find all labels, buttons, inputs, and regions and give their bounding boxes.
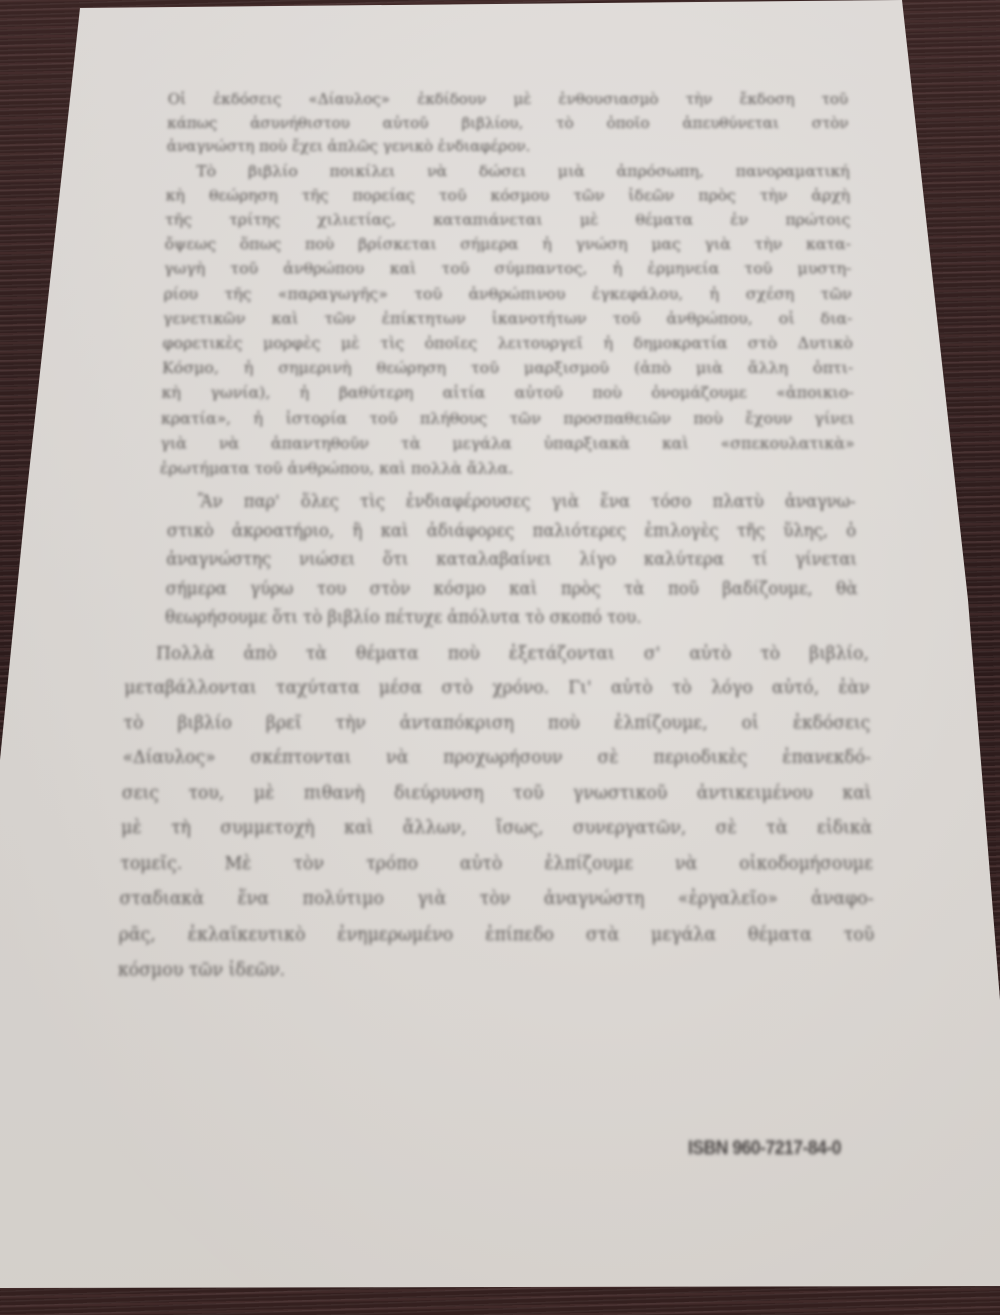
text-line: Τὸ βιβλίο ποικίλει νὰ δώσει μιὰ ἀπρόσωπη…	[166, 159, 850, 183]
text-line: μεταβάλλονται ταχύτατα μέσα στὸ χρόνο. Γ…	[124, 671, 870, 706]
text-line: κὴ γωνία), ἡ βαθύτερη αἰτία αὐτοῦ ποὺ ὀν…	[161, 381, 854, 406]
text-line: Κόσμο, ἡ σημερινὴ θεώρηση τοῦ μαρξισμοῦ …	[162, 356, 854, 381]
text-line: φορετικὲς μορφὲς μὲ τὶς ὁποῖες λειτουργε…	[162, 331, 853, 356]
text-line: ρᾶς, ἐκλαϊκευτικὸ ἐνημερωμένο ἐπίπεδο στ…	[118, 917, 874, 953]
back-cover-blurb: Οἱ ἐκδόσεις «Δίαυλος» ἐκδίδουν μὲ ἐνθουσ…	[149, 88, 865, 988]
text-line: σήμερα γύρω του στὸν κόσμο καὶ πρὸς τὰ π…	[165, 574, 857, 603]
text-line: ἐρωτήματα τοῦ ἀνθρώπου, καὶ πολλὰ ἄλλα.	[160, 456, 856, 481]
text-line: γιὰ νὰ ἀπαντηθοῦν τὰ μεγάλα ὑπαρξιακὰ κα…	[160, 431, 855, 456]
text-line: τομεῖς. Μὲ τὸν τρόπο αὐτὸ ἐλπίζουμε νὰ ο…	[120, 846, 873, 881]
text-line: στικὸ ἀκροατήριο, ἢ καὶ ἀδιάφορες παλιότ…	[167, 516, 857, 545]
text-line: ρίου τῆς «παραγωγῆς» τοῦ ἀνθρώπινου ἐγκε…	[163, 281, 852, 306]
text-line: τὸ βιβλίο βρεῖ τὴν ἀνταπόκριση ποὺ ἐλπίζ…	[123, 706, 870, 741]
text-line: γωγὴ τοῦ ἀνθρώπου καὶ τοῦ σύμπαντος, ἡ ἐ…	[164, 257, 852, 282]
paragraph-1: Οἱ ἐκδόσεις «Δίαυλος» ἐκδίδουν μὲ ἐνθουσ…	[167, 88, 850, 159]
text-line: γενετικῶν καὶ τῶν ἐπίκτητων ἱκανοτήτων τ…	[163, 306, 853, 331]
paragraph-4: Πολλὰ ἀπὸ τὰ θέματα ποὺ ἐξετάζονται σ' α…	[118, 636, 876, 988]
paragraph-2: Τὸ βιβλίο ποικίλει νὰ δώσει μιὰ ἀπρόσωπη…	[160, 159, 856, 481]
text-line: μὲ τὴ συμμετοχὴ καὶ ἄλλων, ἴσως, συνεργα…	[121, 811, 873, 846]
text-line: κρατία», ἡ ἱστορία τοῦ πλήθους τῶν προσπ…	[161, 406, 855, 431]
text-line: κάπως ἀσυνήθιστου αὐτοῦ βιβλίου, τὸ ὁποῖ…	[167, 111, 849, 135]
text-line: ὄψεως ὅπως ποὺ βρίσκεται σήμερα ἡ γνώση …	[164, 232, 851, 257]
text-line: Οἱ ἐκδόσεις «Δίαυλος» ἐκδίδουν μὲ ἐνθουσ…	[168, 88, 849, 111]
text-line: ἀναγνώστη ποὺ ἔχει ἁπλῶς γενικὸ ἐνδιαφέρ…	[167, 135, 850, 159]
text-line: ἀναγνώστης νιώσει ὅτι καταλαβαίνει λίγο …	[166, 545, 857, 574]
text-line: σταδιακὰ ἕνα πολύτιμο γιὰ τὸν ἀναγνώστη …	[119, 881, 874, 917]
text-line: θεωρήσουμε ὅτι τὸ βιβλίο πέτυχε ἀπόλυτα …	[165, 603, 858, 632]
text-line: κὴ θεώρηση τῆς πορείας τοῦ κόσμου τῶν ἰδ…	[165, 183, 850, 207]
paragraph-3: Ἂν παρ' ὅλες τὶς ἐνδιαφέρουσες γιὰ ἕνα τ…	[157, 487, 859, 632]
text-line: σεις του, μὲ πιθανὴ διεύρυνση τοῦ γνωστι…	[122, 776, 872, 811]
text-line: Πολλὰ ἀπὸ τὰ θέματα ποὺ ἐξετάζονται σ' α…	[125, 636, 869, 671]
text-line: «Δίαυλος» σκέπτονται νὰ προχωρήσουν σὲ π…	[122, 741, 871, 776]
text-line: τῆς τρίτης χιλιετίας, καταπιάνεται μὲ θέ…	[165, 207, 851, 232]
isbn-number: ISBN 960-7217-84-0	[688, 1138, 841, 1160]
text-line: κόσμου τῶν ἰδεῶν.	[118, 953, 876, 989]
text-line: Ἂν παρ' ὅλες τὶς ἐνδιαφέρουσες γιὰ ἕνα τ…	[167, 487, 856, 516]
